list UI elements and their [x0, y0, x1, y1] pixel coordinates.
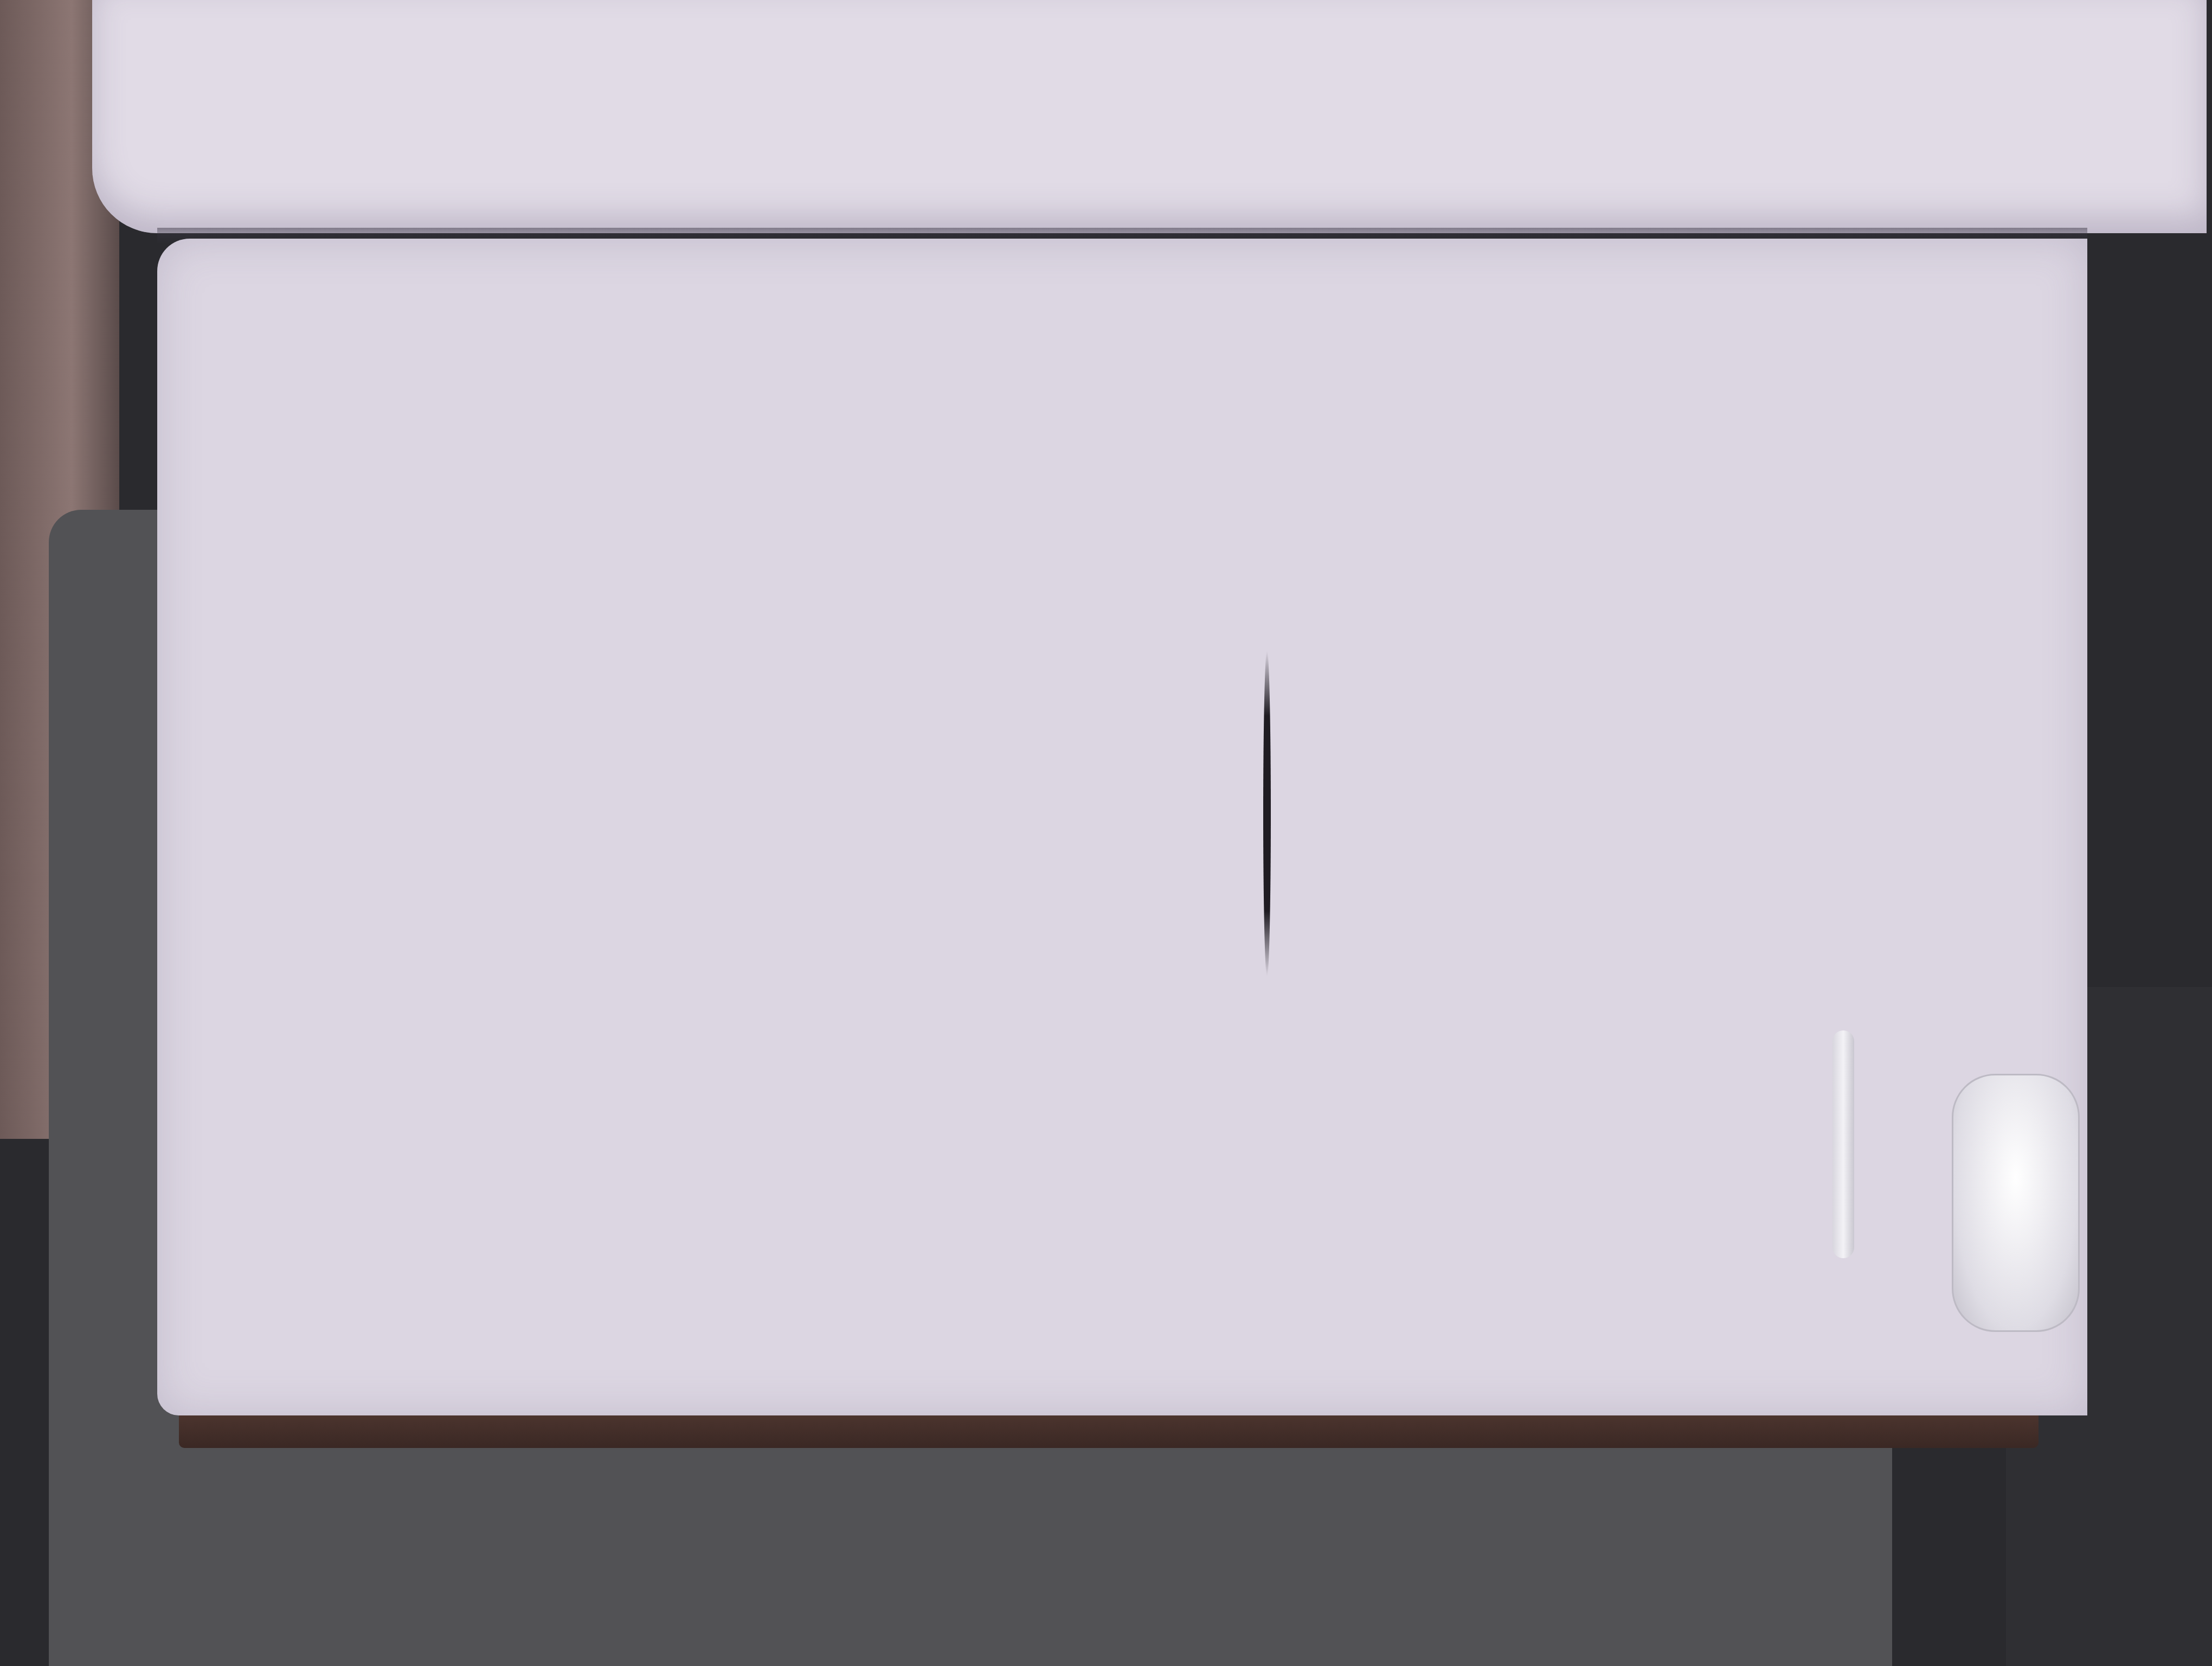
- facing-page: [92, 0, 2207, 233]
- ornamental-rule: [1263, 651, 1271, 976]
- poem-2-first-line: [1456, 1009, 1501, 1058]
- poem-2-subtitle: [1390, 1009, 1435, 1058]
- poem-2-title: [1317, 1009, 1362, 1058]
- book-snake-weight-end: [1952, 1074, 2080, 1332]
- book-snake-weight: [22, 1215, 1995, 1334]
- running-header: [1252, 43, 1297, 228]
- poem-2: [1317, 1009, 1501, 1058]
- facing-page-text: [1252, 43, 1297, 228]
- snake-cord: [1832, 1030, 1854, 1258]
